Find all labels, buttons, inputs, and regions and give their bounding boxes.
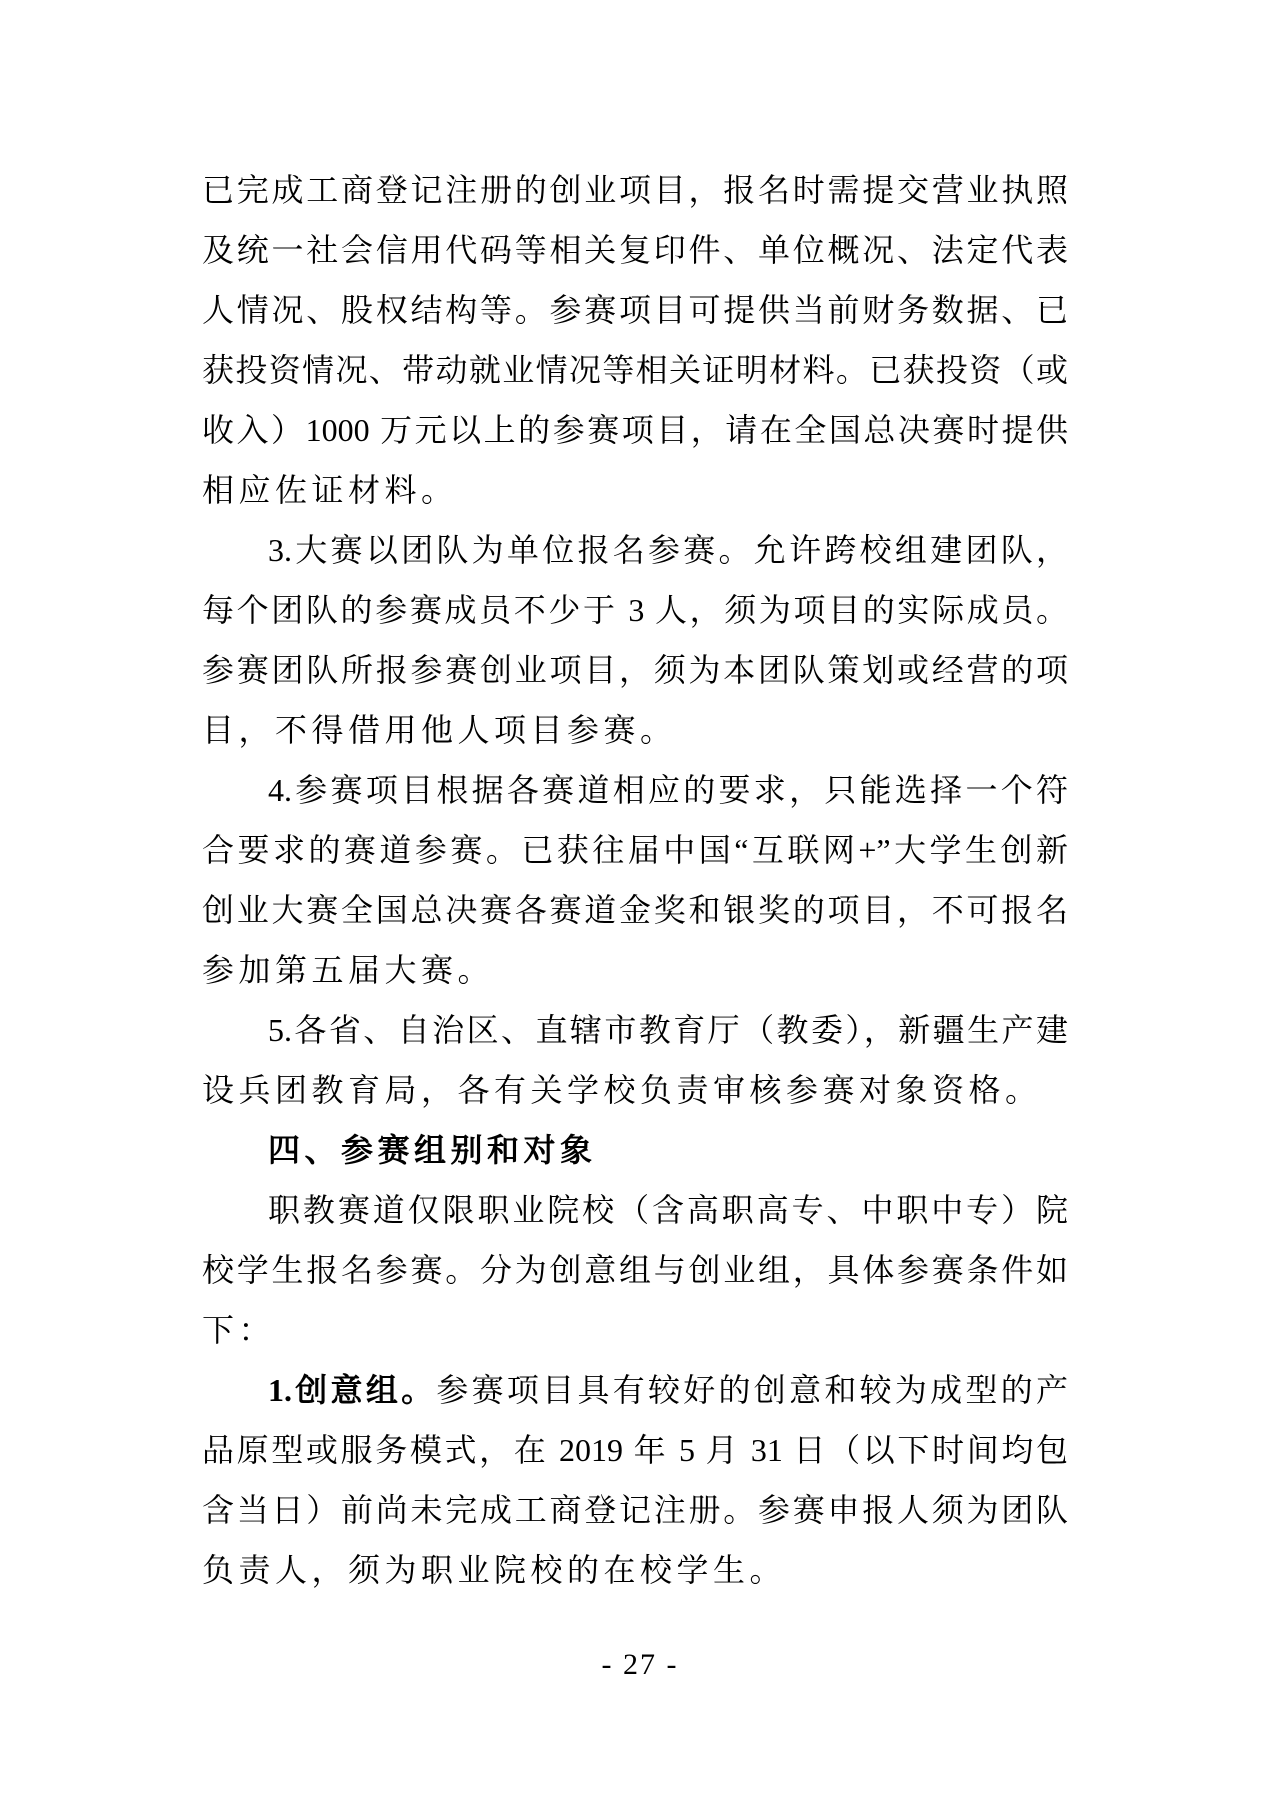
text-line: 相应佐证材料。	[202, 460, 1068, 520]
text-line: 设兵团教育局，各有关学校负责审核参赛对象资格。	[202, 1060, 1068, 1120]
text-line: 每个团队的参赛成员不少于 3 人，须为项目的实际成员。	[202, 580, 1068, 640]
text-line: 合要求的赛道参赛。已获往届中国“互联网+”大学生创新	[202, 820, 1068, 880]
text-line: 参赛团队所报参赛创业项目，须为本团队策划或经营的项	[202, 640, 1068, 700]
text-line: 目，不得借用他人项目参赛。	[202, 700, 1068, 760]
text-line: 5.各省、自治区、直辖市教育厅（教委），新疆生产建	[202, 1000, 1068, 1060]
text-line: 校学生报名参赛。分为创意组与创业组，具体参赛条件如	[202, 1240, 1068, 1300]
text-line: 3.大赛以团队为单位报名参赛。允许跨校组建团队，	[202, 520, 1068, 580]
bold-run: 1.创意组。	[268, 1372, 436, 1408]
document-page: 已完成工商登记注册的创业项目，报名时需提交营业执照 及统一社会信用代码等相关复印…	[0, 0, 1280, 1810]
text-line: 获投资情况、带动就业情况等相关证明材料。已获投资（或	[202, 340, 1068, 400]
text-line: 创业大赛全国总决赛各赛道金奖和银奖的项目，不可报名	[202, 880, 1068, 940]
text-line: 1.创意组。参赛项目具有较好的创意和较为成型的产	[202, 1360, 1068, 1420]
text-line: 参加第五届大赛。	[202, 940, 1068, 1000]
text-line: 含当日）前尚未完成工商登记注册。参赛申报人须为团队	[202, 1480, 1068, 1540]
text-line: 职教赛道仅限职业院校（含高职高专、中职中专）院	[202, 1180, 1068, 1240]
text-line: 4.参赛项目根据各赛道相应的要求，只能选择一个符	[202, 760, 1068, 820]
document-body: 已完成工商登记注册的创业项目，报名时需提交营业执照 及统一社会信用代码等相关复印…	[202, 160, 1068, 1600]
text-line: 品原型或服务模式，在 2019 年 5 月 31 日（以下时间均包	[202, 1420, 1068, 1480]
text-line: 及统一社会信用代码等相关复印件、单位概况、法定代表	[202, 220, 1068, 280]
text-line: 已完成工商登记注册的创业项目，报名时需提交营业执照	[202, 160, 1068, 220]
text-line: 下：	[202, 1300, 1068, 1360]
page-number: - 27 -	[0, 1645, 1280, 1685]
section-heading: 四、参赛组别和对象	[202, 1120, 1068, 1180]
text-line: 人情况、股权结构等。参赛项目可提供当前财务数据、已	[202, 280, 1068, 340]
text-line: 收入）1000 万元以上的参赛项目，请在全国总决赛时提供	[202, 400, 1068, 460]
text-line: 负责人，须为职业院校的在校学生。	[202, 1540, 1068, 1600]
text-run: 参赛项目具有较好的创意和较为成型的产	[436, 1372, 1068, 1408]
